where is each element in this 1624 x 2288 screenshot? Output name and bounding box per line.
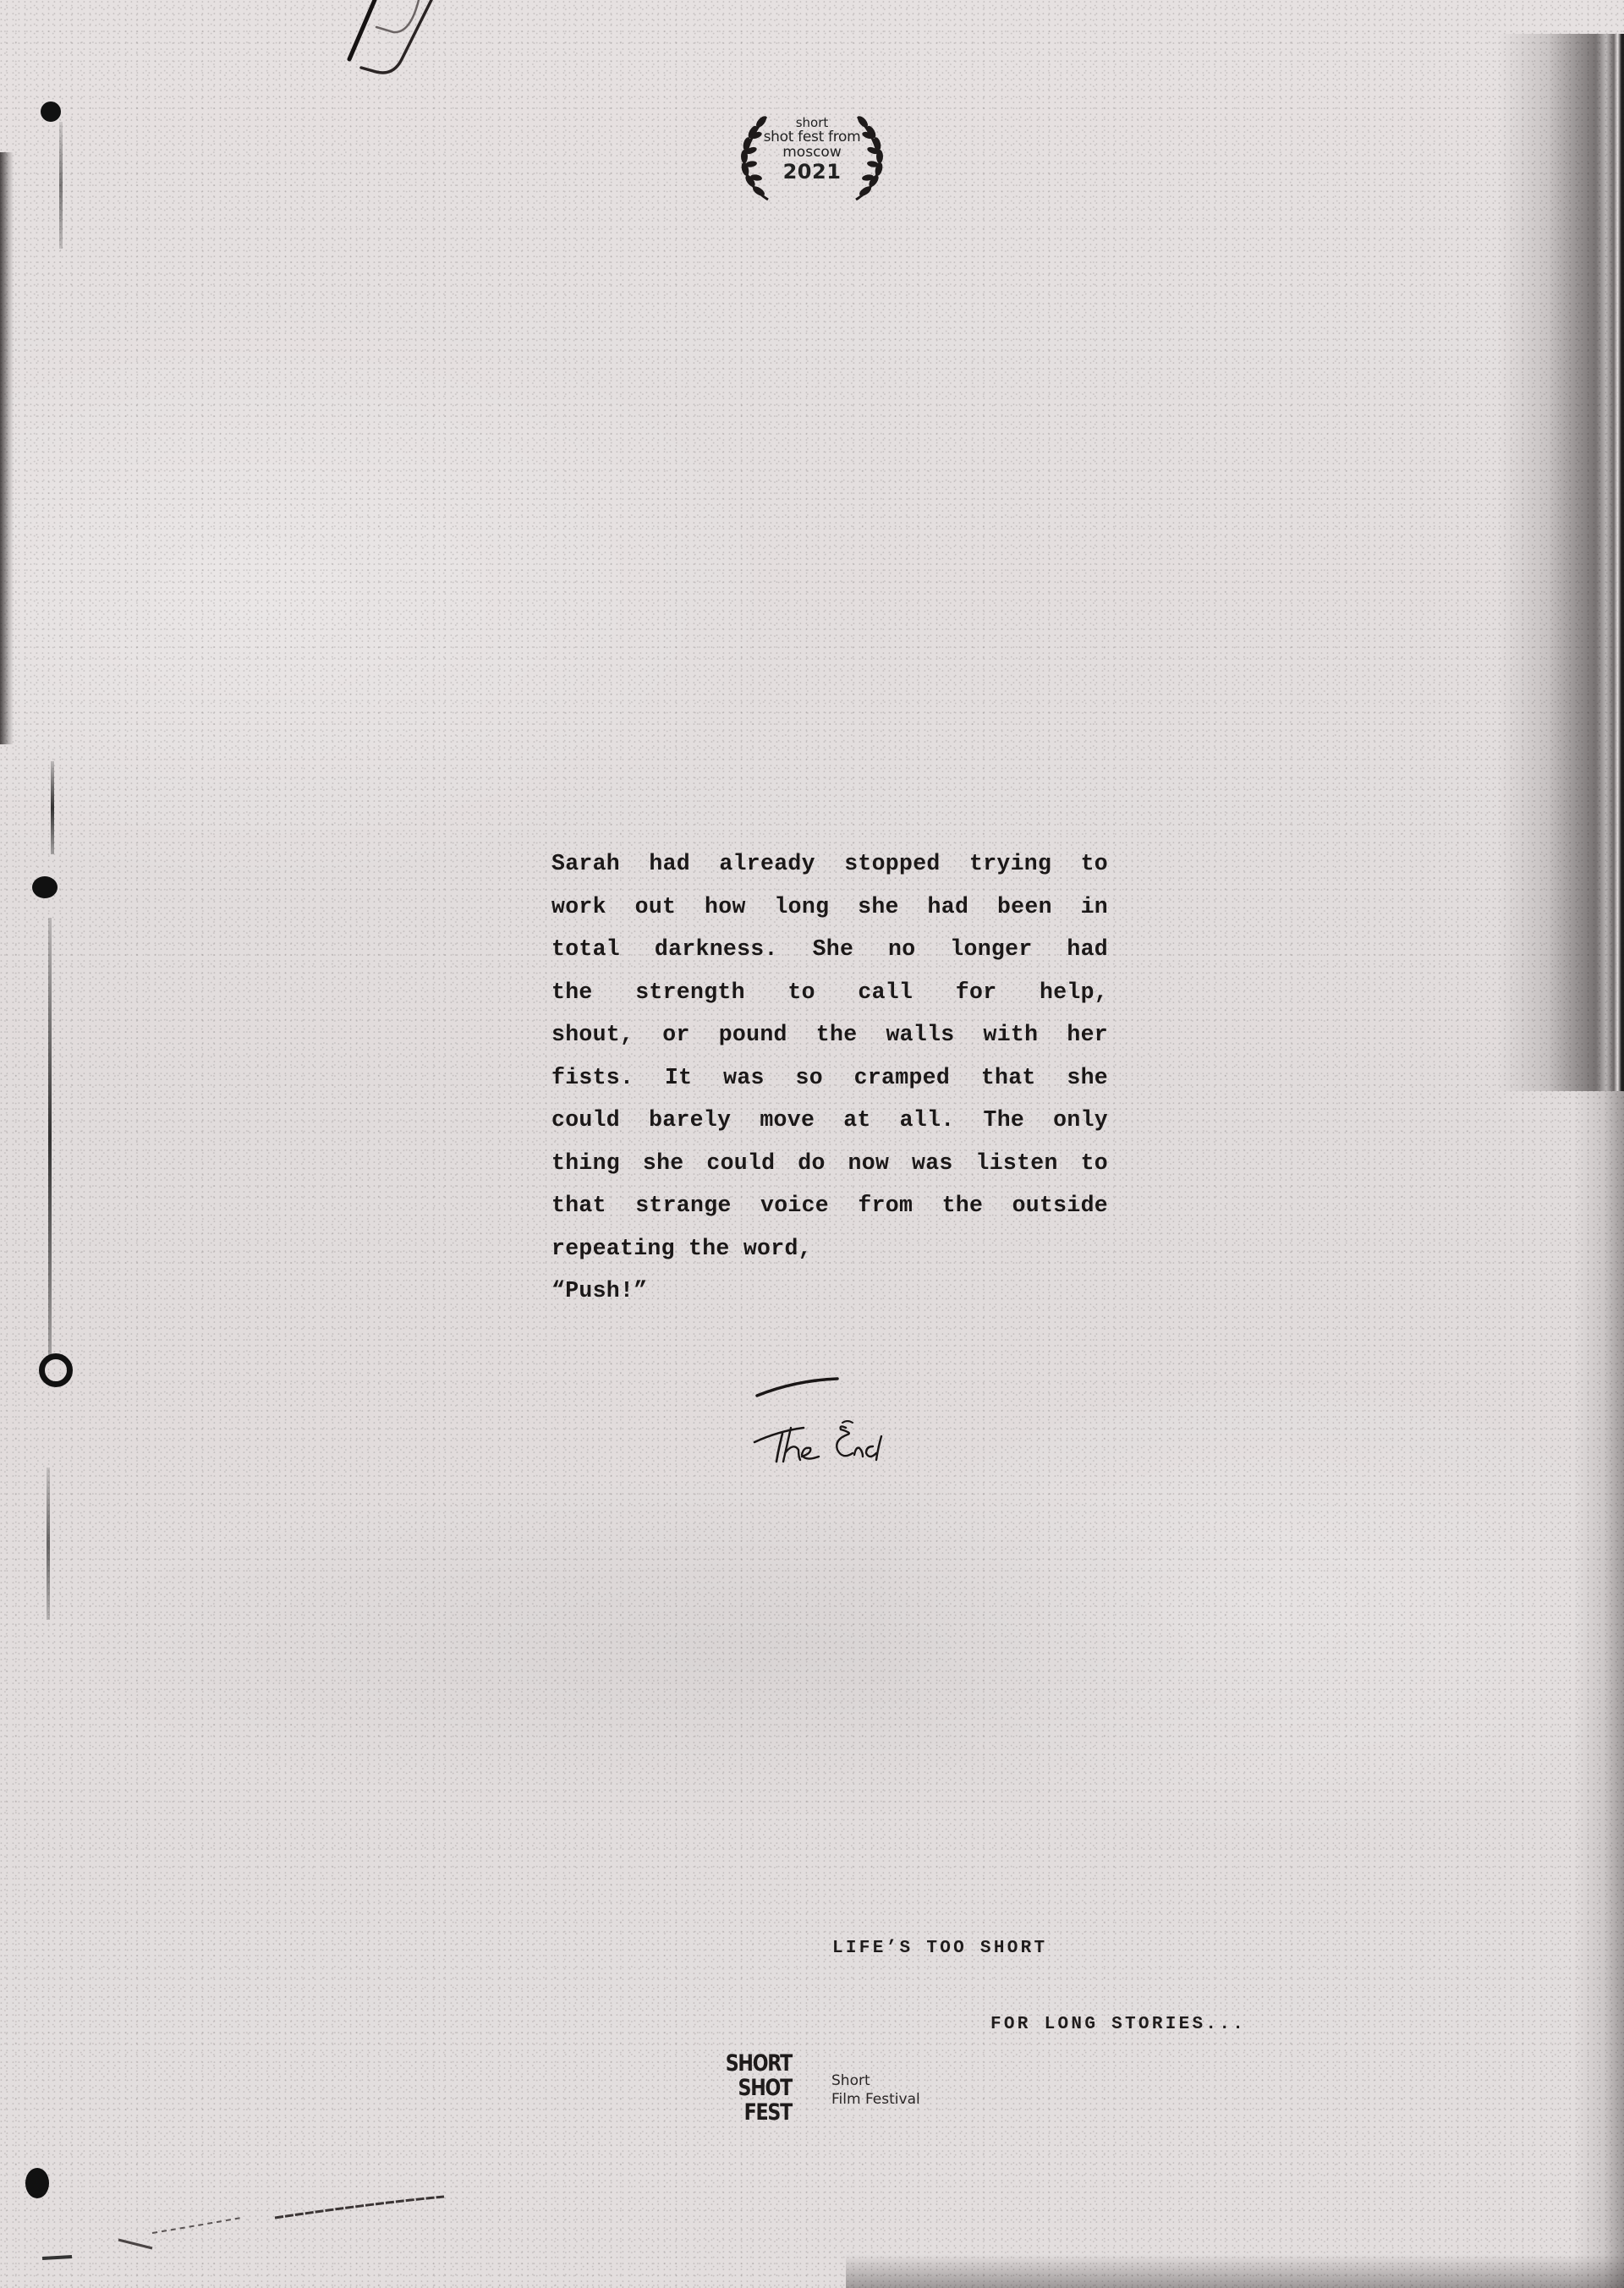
brand-name-line-1: SHORT [705,2051,792,2076]
story-line: work out how long she had been in [551,886,1108,929]
story-line: shout, or pound the walls with her [551,1013,1108,1056]
laurel-text: short shot fest from moscow 2021 [732,117,892,184]
scan-edge-left [0,152,14,744]
story-line: repeating the word, [551,1227,1108,1270]
laurel-line-2: shot fest from [732,130,892,145]
story-line: the strength to call for help, [551,971,1108,1014]
binder-hole [32,876,58,898]
tagline-line-2: FOR LONG STORIES... [832,2012,1246,2038]
story-line: that strange voice from the outside [551,1184,1108,1227]
brand-subtitle: Short Film Festival [831,2071,1001,2109]
scan-edge-right [1497,34,1624,1091]
the-end-signature: The End [744,1362,888,1468]
scan-edge-right-lower [1573,1091,1624,2288]
laurel-line-3: moscow [732,145,892,161]
festival-laurel-badge: short shot fest from moscow 2021 [732,110,892,205]
story-line: Sarah had already stopped trying to [551,842,1108,886]
laurel-year: 2021 [732,162,892,183]
binder-ring [39,1353,73,1387]
tagline-line-1: LIFE’S TOO SHORT [832,1936,1246,1962]
pencil-scribble [34,2174,474,2267]
binder-rule [59,122,63,249]
binder-rule [48,918,52,1358]
tagline: LIFE’S TOO SHORT FOR LONG STORIES... [832,1885,1246,2063]
brand-sub-line-1: Short [831,2071,1001,2090]
binder-hole [41,102,61,122]
story-text: Sarah had already stopped trying to work… [551,842,1108,1313]
binder-rule [47,1468,50,1620]
story-line: could barely move at all. The only [551,1099,1108,1142]
story-line: thing she could do now was listen to [551,1142,1108,1185]
story-line: fists. It was so cramped that she [551,1056,1108,1100]
brand-name: SHORT SHOT FEST [705,2051,792,2125]
story-quote: “Push!” [551,1270,1108,1313]
brand-name-line-2: SHOT FEST [705,2076,792,2125]
scan-edge-bottom [846,2254,1624,2288]
brand-sub-line-2: Film Festival [831,2090,1001,2109]
story-line: total darkness. She no longer had [551,928,1108,971]
paperclip-icon [343,0,444,80]
binder-rule [51,761,54,854]
